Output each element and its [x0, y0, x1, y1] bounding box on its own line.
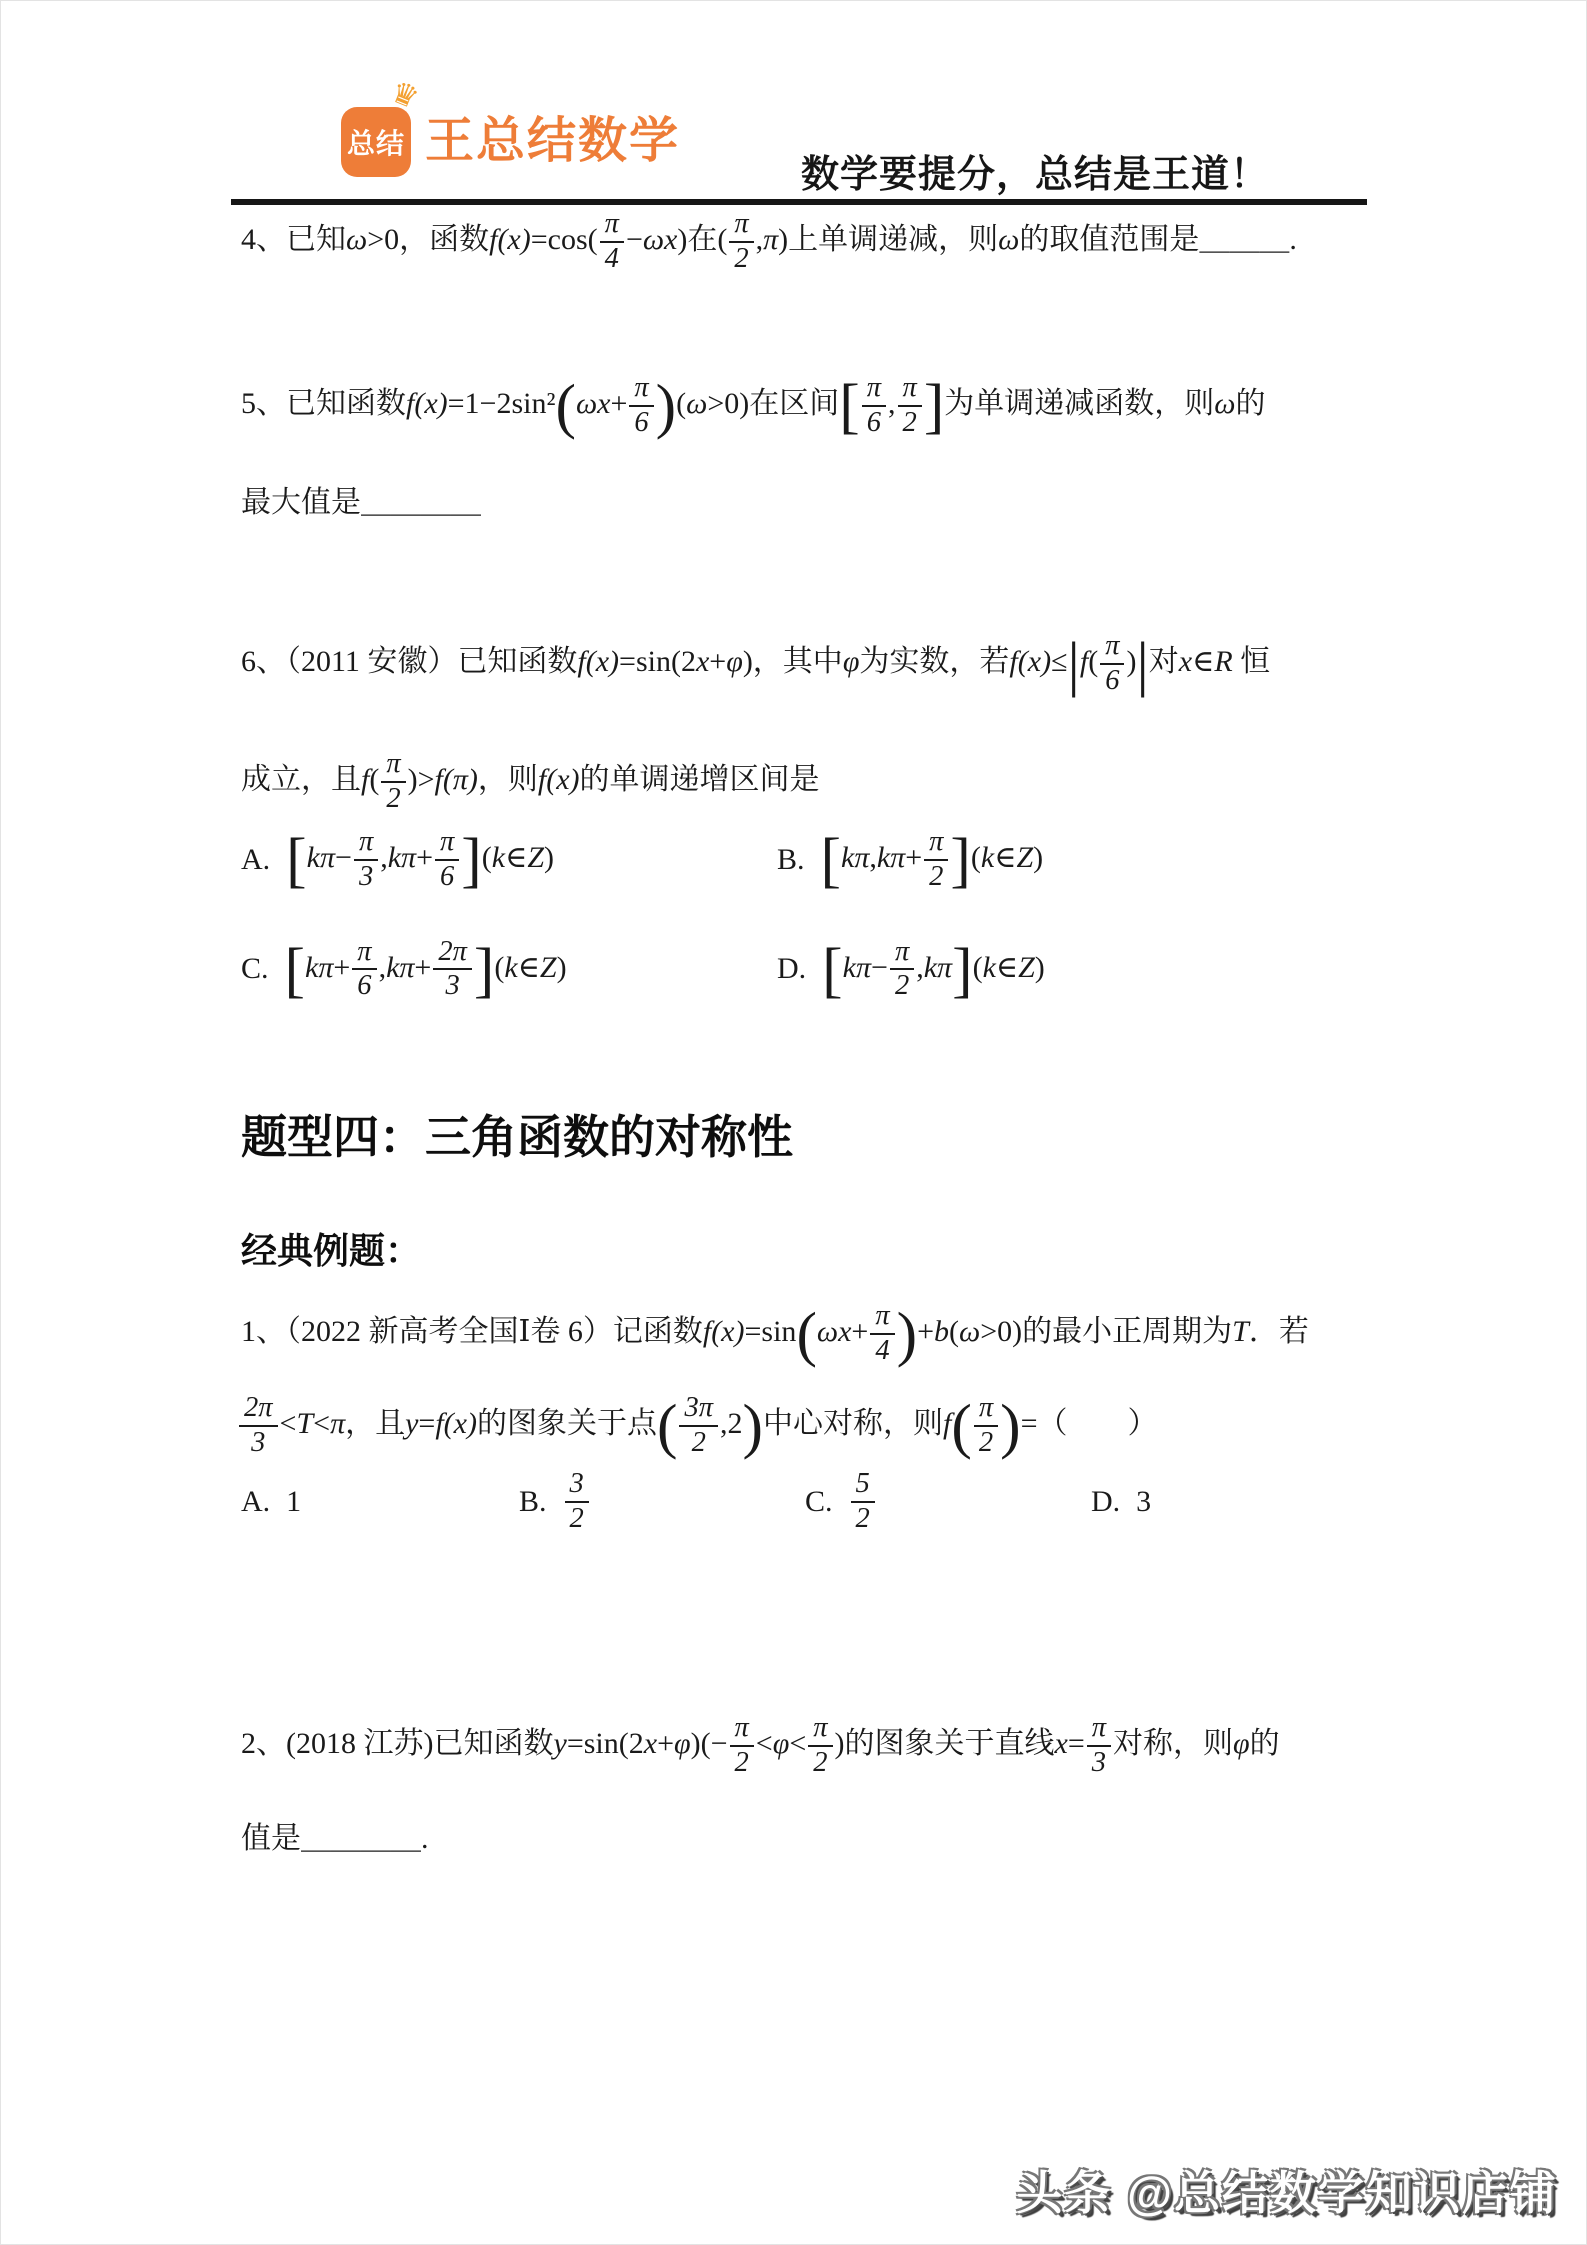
problem-4-line1: 4、已知ω>0，函数f(x)=cos(π4−ωx)在(π2,π)上单调递减，则ω…: [241, 209, 1297, 275]
option-c-label: C.: [241, 952, 269, 986]
header-divider: [231, 199, 1367, 205]
option-b: B. [kπ,kπ+π2](k∈Z): [777, 827, 1045, 893]
logo-title: 王总结数学: [425, 115, 680, 169]
option-a-expr: 1: [286, 1482, 301, 1521]
header-tagline: 数学要提分，总结是王道！: [801, 143, 1269, 198]
problem-6-line2: 成立，且f(π2)>f(π)，则f(x)的单调递增区间是: [241, 749, 820, 815]
problem-6-options: A. [kπ−π3,kπ+π6](k∈Z) B. [kπ,kπ+π2](k∈Z)…: [241, 827, 1045, 1002]
option-c-expr: [kπ+π6,kπ+2π3](k∈Z): [285, 937, 567, 1003]
section-title: 题型四：三角函数的对称性: [241, 1101, 793, 1167]
option-c-label: C.: [805, 1485, 833, 1519]
option-a-expr: [kπ−π3,kπ+π6](k∈Z): [286, 827, 554, 893]
option-d-expr: [kπ−π2,kπ](k∈Z): [822, 937, 1045, 1003]
option-a: A. [kπ−π3,kπ+π6](k∈Z): [241, 827, 777, 893]
option-d-label: D.: [777, 952, 806, 986]
problem-5-line1: 5、已知函数f(x)=1−2sin²(ωx+π6)(ω>0)在区间[π6,π2]…: [241, 373, 1265, 439]
worksheet-page: 总结 ♛ 王总结数学 数学要提分，总结是王道！ 4、已知ω>0，函数f(x)=c…: [0, 0, 1587, 2245]
option-d: D. 3: [1091, 1469, 1151, 1535]
option-b-label: B.: [519, 1485, 547, 1519]
example-2-line2: 值是＿＿＿＿.: [241, 1819, 429, 1858]
section-subtitle: 经典例题：: [241, 1223, 421, 1274]
option-c: C. [kπ+π6,kπ+2π3](k∈Z): [241, 937, 777, 1003]
example-1-options: A. 1 B. 32 C. 52 D. 3: [241, 1469, 1151, 1535]
example-1-line1: 1、（2022 新高考全国Ⅰ卷 6）记函数f(x)=sin(ωx+π4)+b(ω…: [241, 1301, 1309, 1367]
problem-6-line1: 6、（2011 安徽）已知函数f(x)=sin(2x+φ)，其中φ为实数，若f(…: [241, 631, 1270, 697]
option-c: C. 52: [805, 1469, 1091, 1535]
option-a-label: A.: [241, 843, 270, 877]
example-1-line2: 2π3<T<π，且y=f(x)的图象关于点(3π2,2)中心对称，则f(π2)=…: [237, 1393, 1158, 1459]
problem-5-line2: 最大值是＿＿＿＿: [241, 483, 481, 522]
option-b-expr: 32: [563, 1469, 591, 1535]
option-d-label: D.: [1091, 1485, 1120, 1519]
option-a-label: A.: [241, 1485, 270, 1519]
option-c-expr: 52: [849, 1469, 877, 1535]
option-b-expr: [kπ,kπ+π2](k∈Z): [821, 827, 1044, 893]
example-2-line1: 2、(2018 江苏)已知函数y=sin(2x+φ)(−π2<φ<π2)的图象关…: [241, 1713, 1280, 1779]
logo-badge-text: 总结: [347, 122, 405, 162]
option-b: B. 32: [519, 1469, 805, 1535]
option-d: D. [kπ−π2,kπ](k∈Z): [777, 937, 1045, 1003]
option-a: A. 1: [241, 1469, 519, 1535]
option-b-label: B.: [777, 843, 805, 877]
option-d-expr: 3: [1136, 1482, 1151, 1521]
footer-watermark: 头条 @总结数学知识店铺: [1016, 2157, 1558, 2223]
brand-logo-badge: 总结: [341, 107, 411, 177]
